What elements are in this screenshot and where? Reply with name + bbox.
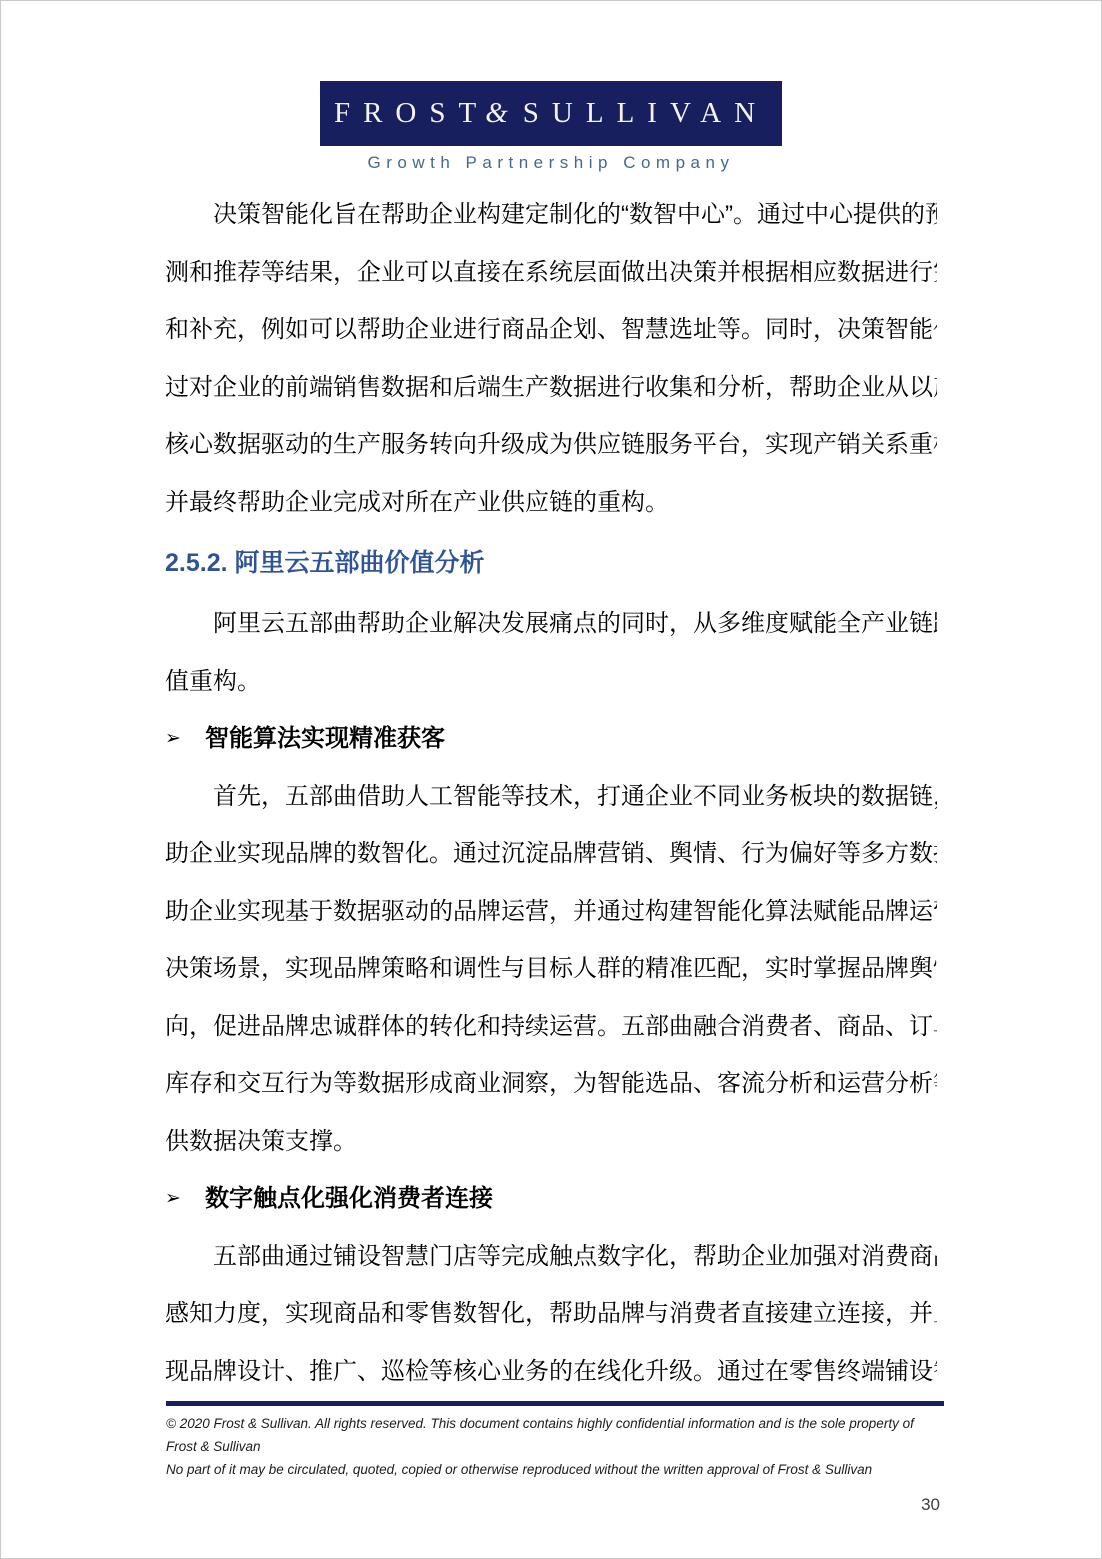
frost-sullivan-logo: FROST & SULLIVAN [320,81,782,146]
paragraph-3: 首先，五部曲借助人工智能等技术，打通企业不同业务板块的数据链，帮 助企业实现品牌… [165,768,937,1171]
paragraph-line: 测和推荐等结果，企业可以直接在系统层面做出决策并根据相应数据进行完整 [165,244,937,302]
paragraph-line: 五部曲通过铺设智慧门店等完成触点数字化，帮助企业加强对消费商品的 [165,1228,937,1286]
bullet-item-1: ➢ 智能算法实现精准获客 [165,710,937,768]
arrowhead-bullet-icon: ➢ [165,710,205,768]
document-page: FROST & SULLIVAN Growth Partnership Comp… [0,0,1102,1559]
footer-divider [166,1401,944,1406]
bullet-title: 智能算法实现精准获客 [205,710,445,768]
paragraph-line: 向，促进品牌忠诚群体的转化和持续运营。五部曲融合消费者、商品、订单、 [165,998,937,1056]
arrowhead-bullet-icon: ➢ [165,1170,205,1228]
logo-tagline: Growth Partnership Company [320,153,782,173]
paragraph-line: 和补充，例如可以帮助企业进行商品企划、智慧选址等。同时，决策智能化通 [165,301,937,359]
logo-brand-left: FROST [334,97,489,130]
bullet-item-2: ➢ 数字触点化强化消费者连接 [165,1170,937,1228]
paragraph-line: 首先，五部曲借助人工智能等技术，打通企业不同业务板块的数据链，帮 [165,768,937,826]
paragraph-1: 决策智能化旨在帮助企业构建定制化的“数智中心”。通过中心提供的预 测和推荐等结果… [165,186,937,531]
paragraph-line: 感知力度，实现商品和零售数智化，帮助品牌与消费者直接建立连接，并且实 [165,1285,937,1343]
paragraph-line: 助企业实现品牌的数智化。通过沉淀品牌营销、舆情、行为偏好等多方数据帮 [165,825,937,883]
paragraph-2: 阿里云五部曲帮助企业解决发展痛点的同时，从多维度赋能全产业链路价 值重构。 [165,595,937,710]
paragraph-line: 并最终帮助企业完成对所在产业供应链的重构。 [165,474,937,532]
paragraph-line: 助企业实现基于数据驱动的品牌运营，并通过构建智能化算法赋能品牌运营和 [165,883,937,941]
logo-brand-right: SULLIVAN [523,97,768,130]
paragraph-line: 核心数据驱动的生产服务转向升级成为供应链服务平台，实现产销关系重构， [165,416,937,474]
logo-ampersand: & [485,97,521,130]
bullet-title: 数字触点化强化消费者连接 [205,1170,493,1228]
copyright-line-2: No part of it may be circulated, quoted,… [166,1458,944,1481]
paragraph-line: 现品牌设计、推广、巡检等核心业务的在线化升级。通过在零售终端铺设智能 [165,1343,937,1401]
paragraph-line: 决策智能化旨在帮助企业构建定制化的“数智中心”。通过中心提供的预 [165,186,937,244]
copyright-text: © 2020 Frost & Sullivan. All rights rese… [166,1412,944,1481]
paragraph-line: 过对企业的前端销售数据和后端生产数据进行收集和分析，帮助企业从以产线 [165,359,937,417]
document-body: 决策智能化旨在帮助企业构建定制化的“数智中心”。通过中心提供的预 测和推荐等结果… [165,186,937,1400]
paragraph-line: 阿里云五部曲帮助企业解决发展痛点的同时，从多维度赋能全产业链路价 [165,595,937,653]
page-number: 30 [166,1495,944,1515]
logo-block: FROST & SULLIVAN Growth Partnership Comp… [320,81,782,173]
copyright-line-1: © 2020 Frost & Sullivan. All rights rese… [166,1412,944,1458]
section-heading-2-5-2: 2.5.2. 阿里云五部曲价值分析 [165,531,937,595]
paragraph-line: 库存和交互行为等数据形成商业洞察，为智能选品、客流分析和运营分析等提 [165,1055,937,1113]
page-footer: © 2020 Frost & Sullivan. All rights rese… [166,1401,944,1515]
paragraph-4: 五部曲通过铺设智慧门店等完成触点数字化，帮助企业加强对消费商品的 感知力度，实现… [165,1228,937,1401]
paragraph-line: 供数据决策支撑。 [165,1113,937,1171]
paragraph-line: 决策场景，实现品牌策略和调性与目标人群的精准匹配，实时掌握品牌舆情动 [165,940,937,998]
paragraph-line: 值重构。 [165,653,937,711]
